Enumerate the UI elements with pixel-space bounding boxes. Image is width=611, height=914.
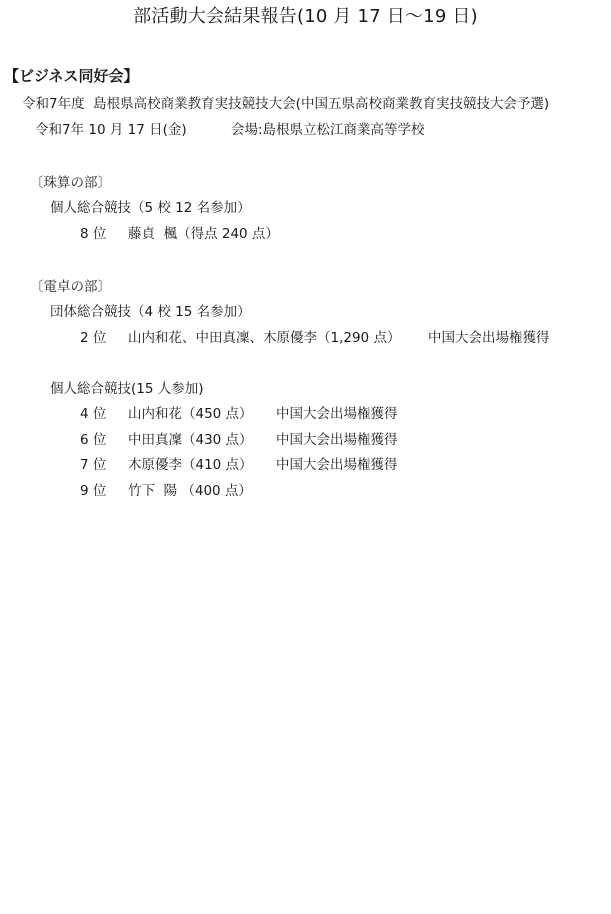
result-names: 山内和花、中田真凜、木原優李（1,290 点）	[128, 332, 400, 346]
event-date: 令和7年 10 月 17 日(金)	[35, 124, 187, 138]
competition-name: 個人総合競技(15 人参加)	[50, 383, 204, 397]
result-note: 中国大会出場権獲得	[276, 434, 398, 448]
result-names: 山内和花（450 点）	[128, 408, 253, 422]
competition-name: 団体総合競技（4 校 15 名参加）	[50, 306, 251, 320]
result-rank: 7 位	[80, 459, 106, 473]
result-rank: 4 位	[80, 408, 106, 422]
result-names: 藤貞 楓（得点 240 点）	[128, 228, 279, 242]
result-note: 中国大会出場権獲得	[428, 332, 550, 346]
result-note: 中国大会出場権獲得	[276, 459, 398, 473]
club-heading: 【ビジネス同好会】	[4, 69, 139, 84]
result-rank: 9 位	[80, 485, 106, 499]
result-rank: 8 位	[80, 228, 106, 242]
result-names: 中田真凜（430 点）	[128, 434, 253, 448]
event-venue: 会場:島根県立松江商業高等学校	[231, 124, 425, 138]
result-rank: 2 位	[80, 332, 106, 346]
result-names: 木原優李（410 点）	[128, 459, 253, 473]
result-note: 中国大会出場権獲得	[276, 408, 398, 422]
event-name: 令和7年度 島根県高校商業教育実技競技大会(中国五県高校商業教育実技競技大会予選…	[22, 98, 549, 112]
competition-name: 個人総合競技（5 校 12 名参加）	[50, 202, 251, 216]
section-heading: 〔電卓の部〕	[30, 281, 111, 295]
section-heading: 〔珠算の部〕	[30, 177, 111, 191]
result-rank: 6 位	[80, 434, 106, 448]
page-title: 部活動大会結果報告(10 月 17 日〜19 日)	[0, 8, 611, 26]
result-names: 竹下 陽 （400 点）	[128, 485, 252, 499]
